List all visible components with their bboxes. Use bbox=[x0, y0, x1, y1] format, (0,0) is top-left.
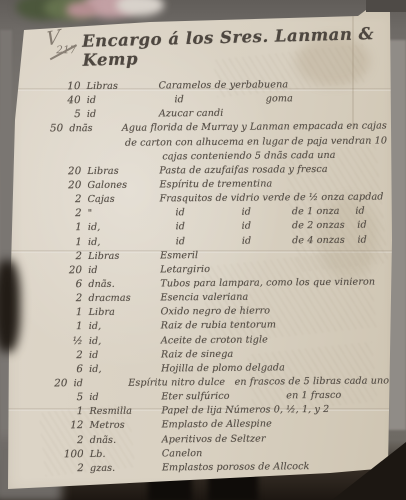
item-desc: Aperitivos de Seltzer bbox=[152, 431, 390, 446]
item-qty: 40 bbox=[25, 94, 87, 108]
item-desc: Agua florida de Murray y Lanman empacada… bbox=[112, 120, 387, 135]
item-qty: ½ bbox=[27, 335, 89, 349]
photo-of-document: V 217 Encargo á los Sres. Lanman & Kemp … bbox=[0, 0, 406, 500]
item-unit: Metros bbox=[89, 419, 151, 433]
item-qty: 1 bbox=[27, 306, 89, 320]
item-desc: Hojilla de plomo delgada bbox=[151, 360, 389, 375]
item-qty: 50 bbox=[25, 123, 69, 136]
item-qty: 20 bbox=[27, 377, 74, 390]
item-desc: Azucar candi bbox=[149, 106, 387, 121]
item-desc: Raiz de rubia tentorum bbox=[151, 318, 389, 333]
item-qty bbox=[25, 160, 87, 161]
item-desc: id goma bbox=[149, 92, 387, 107]
item-qty: 2 bbox=[28, 462, 90, 476]
item-unit: dnãs. bbox=[88, 277, 150, 291]
item-desc: Caramelos de yerbabuena bbox=[149, 77, 387, 92]
item-desc: Espíritu nitro dulce en frascos de 5 lib… bbox=[118, 374, 389, 389]
item-unit: Libras bbox=[88, 249, 150, 263]
item-qty: 2 bbox=[26, 292, 88, 306]
item-unit: id bbox=[87, 108, 149, 122]
background-dark-corner bbox=[366, 0, 406, 12]
item-unit: id, bbox=[88, 221, 150, 235]
item-desc: Letargirio bbox=[150, 261, 388, 276]
item-qty: 2 bbox=[28, 434, 90, 448]
item-unit: Lb. bbox=[90, 447, 152, 461]
item-qty: 1 bbox=[27, 405, 89, 419]
item-unit: Galones bbox=[87, 178, 149, 192]
item-qty: 12 bbox=[27, 419, 89, 433]
item-unit: " bbox=[88, 207, 150, 221]
item-unit: id bbox=[89, 348, 151, 362]
item-qty: 1 bbox=[27, 320, 89, 334]
item-row: 2gzas.Emplastos porosos de Allcock bbox=[28, 459, 390, 476]
item-qty: 1 bbox=[26, 221, 88, 235]
item-desc: cajas conteniendo 5 dnãs cada una bbox=[149, 148, 387, 163]
item-qty: 2 bbox=[26, 250, 88, 264]
item-unit: id, bbox=[89, 334, 151, 348]
item-qty: 6 bbox=[26, 278, 88, 292]
item-unit: id bbox=[74, 377, 119, 390]
item-unit: id bbox=[89, 391, 151, 405]
item-unit: id, bbox=[88, 235, 150, 249]
item-qty: 20 bbox=[26, 264, 88, 278]
item-qty: 5 bbox=[25, 108, 87, 122]
item-desc: de carton con alhucema en lugar de paja … bbox=[109, 134, 388, 149]
item-unit: dnãs bbox=[69, 122, 112, 135]
shadow-on-paper-edge bbox=[0, 260, 20, 352]
manuscript-letter-sheet: V 217 Encargo á los Sres. Lanman & Kemp … bbox=[0, 0, 406, 500]
item-desc: Eter sulfúrico en 1 frasco bbox=[151, 389, 389, 404]
item-qty: 5 bbox=[27, 391, 89, 405]
item-unit: Libras bbox=[87, 164, 149, 178]
item-unit: dnãs. bbox=[90, 433, 152, 447]
item-qty: 2 bbox=[26, 193, 88, 207]
item-unit bbox=[87, 159, 149, 160]
item-desc: id id de 2 onzas id bbox=[150, 219, 388, 234]
item-unit: Cajas bbox=[88, 193, 150, 207]
item-desc: Esencia valeriana bbox=[150, 290, 388, 305]
item-desc: Canelon bbox=[152, 445, 390, 460]
item-desc: Emplastos porosos de Allcock bbox=[152, 459, 390, 474]
item-qty: 20 bbox=[25, 165, 87, 179]
item-desc: Oxido negro de hierro bbox=[151, 304, 389, 319]
item-unit: id, bbox=[89, 320, 151, 334]
order-item-list: 10LibrasCaramelos de yerbabuena 40id id … bbox=[25, 77, 390, 476]
item-qty: 6 bbox=[27, 363, 89, 377]
item-desc: Frasquitos de vidrio verde de ½ onza cap… bbox=[150, 191, 388, 206]
item-desc: Raiz de sinega bbox=[151, 346, 389, 361]
item-unit: id bbox=[87, 94, 149, 108]
item-qty: 2 bbox=[26, 207, 88, 221]
item-qty: 20 bbox=[25, 179, 87, 193]
handwritten-content: V 217 Encargo á los Sres. Lanman & Kemp … bbox=[24, 18, 390, 476]
item-desc: Emplasto de Allespine bbox=[151, 417, 389, 432]
item-desc: Aceite de croton tigle bbox=[151, 332, 389, 347]
flower-petal-blur bbox=[66, 2, 96, 18]
item-desc: Papel de lija Números 0, ½, 1, y 2 bbox=[151, 403, 389, 418]
pencil-number: 217 bbox=[56, 44, 76, 56]
item-unit: id, bbox=[89, 362, 151, 376]
pencil-annotation: V 217 bbox=[46, 27, 60, 49]
item-unit: gzas. bbox=[90, 461, 152, 475]
item-qty: 10 bbox=[25, 80, 87, 94]
item-qty: 100 bbox=[28, 448, 90, 462]
item-unit: id bbox=[88, 263, 150, 277]
item-qty: 2 bbox=[27, 349, 89, 363]
item-unit: Libras bbox=[87, 80, 149, 94]
item-desc: id id de 4 onzas id bbox=[150, 233, 388, 248]
item-desc: Tubos para lampara, como los que viniero… bbox=[150, 275, 388, 290]
letter-title: Encargo á los Sres. Lanman & Kemp bbox=[82, 24, 387, 70]
item-desc: Espíritu de trementina bbox=[149, 176, 387, 191]
item-unit: dracmas bbox=[88, 292, 150, 306]
item-desc: Esmeril bbox=[150, 247, 388, 262]
item-qty: 1 bbox=[26, 236, 88, 250]
item-desc: id id de 1 onza id bbox=[150, 205, 388, 220]
item-unit: Resmilla bbox=[89, 405, 151, 419]
item-unit: Libra bbox=[89, 306, 151, 320]
item-desc: Pasta de azufaifas rosada y fresca bbox=[149, 162, 387, 177]
